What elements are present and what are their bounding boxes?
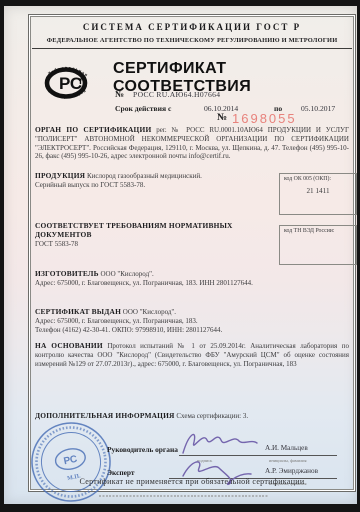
head-name-sublabel: инициалы, фамилия	[269, 458, 307, 463]
certificate-paper: СИСТЕМА СЕРТИФИКАЦИИ ГОСТ Р ФЕДЕРАЛЬНОЕ …	[4, 6, 357, 504]
okp-code-value: 21 1411	[280, 182, 356, 195]
expert-name: А.Р. Эмирджанов	[265, 467, 318, 475]
valid-to-date: 05.10.2017	[301, 104, 335, 113]
product-line2: Серийный выпуск по ГОСТ 5583-78.	[35, 181, 273, 190]
agency-line: ФЕДЕРАЛЬНОЕ АГЕНТСТВО ПО ТЕХНИЧЕСКОМУ РЕ…	[33, 37, 351, 44]
issued-to-line1: ООО "Кислород".	[123, 308, 176, 316]
head-of-body-name: А.И. Мальцев	[265, 444, 308, 452]
section-issued-to: СЕРТИФИКАТ ВЫДАН ООО "Кислород". Адрес: …	[35, 307, 335, 334]
footer-note: Сертификат не применяется при обязательн…	[29, 477, 355, 486]
tnved-code-box: код ТН ВЭД России:	[279, 225, 357, 265]
head-signature-ink	[181, 429, 259, 459]
certificate-scan: { "header": { "system_title": "СИСТЕМА С…	[0, 0, 360, 512]
expert-label: Эксперт	[107, 468, 135, 477]
form-imprint-microprint	[99, 495, 269, 497]
product-label: ПРОДУКЦИЯ	[35, 171, 85, 180]
compliance-label: СООТВЕТСТВУЕТ ТРЕБОВАНИЯМ НОРМАТИВНЫХ ДО…	[35, 221, 273, 240]
section-compliance: СООТВЕТСТВУЕТ ТРЕБОВАНИЯМ НОРМАТИВНЫХ ДО…	[35, 221, 273, 248]
manufacturer-label: ИЗГОТОВИТЕЛЬ	[35, 269, 99, 278]
section-manufacturer: ИЗГОТОВИТЕЛЬ ООО "Кислород". Адрес: 6750…	[35, 269, 335, 288]
system-title: СИСТЕМА СЕРТИФИКАЦИИ ГОСТ Р	[29, 22, 355, 32]
certificate-number: РОСС RU.АЮ64.Н07664	[133, 90, 220, 99]
form-number: 1698055	[232, 111, 297, 126]
head-of-body-label: Руководитель органа	[107, 445, 178, 454]
issued-to-line3: Телефон (4162) 42-30-41. ОКПО: 97998910,…	[35, 326, 335, 335]
issued-to-line2: Адрес: 675000, г. Благовещенск, ул. Погр…	[35, 317, 335, 326]
section-certification-body: ОРГАН ПО СЕРТИФИКАЦИИ рег. № РОСС RU.000…	[35, 125, 349, 161]
basis-label: НА ОСНОВАНИИ	[35, 341, 103, 350]
svg-text:РС: РС	[63, 454, 79, 468]
manufacturer-line1: ООО "Кислород".	[100, 270, 153, 278]
certificate-number-label: №	[115, 89, 124, 99]
section-basis: НА ОСНОВАНИИ Протокол испытаний № 1 от 2…	[35, 341, 349, 368]
section-product: ПРОДУКЦИЯ Кислород газообразный медицинс…	[35, 171, 273, 190]
compliance-value: ГОСТ 5583-78	[35, 240, 78, 248]
okp-code-label: код ОК 005 (ОКП):	[280, 174, 356, 182]
certificate-frame: СИСТЕМА СЕРТИФИКАЦИИ ГОСТ Р ФЕДЕРАЛЬНОЕ …	[28, 14, 356, 492]
form-number-label: №	[217, 112, 227, 123]
validity-label: Срок действия с	[115, 104, 171, 113]
manufacturer-line2: Адрес: 675000, г. Благовещенск, ул. Погр…	[35, 279, 335, 288]
issued-to-label: СЕРТИФИКАТ ВЫДАН	[35, 307, 121, 316]
tnved-code-value	[280, 234, 356, 239]
product-line1: Кислород газообразный медицинский.	[87, 172, 202, 180]
svg-text:т: т	[78, 76, 83, 87]
round-stamp: РС М.П.	[26, 419, 116, 505]
additional-info-text: Схема сертификации: 3.	[176, 412, 248, 420]
certification-body-label: ОРГАН ПО СЕРТИФИКАЦИИ	[35, 125, 151, 134]
okp-code-box: код ОК 005 (ОКП): 21 1411	[279, 173, 357, 215]
header-divider	[32, 48, 352, 49]
rst-certification-mark-icon: РС т Добровольная сертификация	[34, 54, 100, 112]
tnved-code-label: код ТН ВЭД России:	[280, 226, 356, 234]
